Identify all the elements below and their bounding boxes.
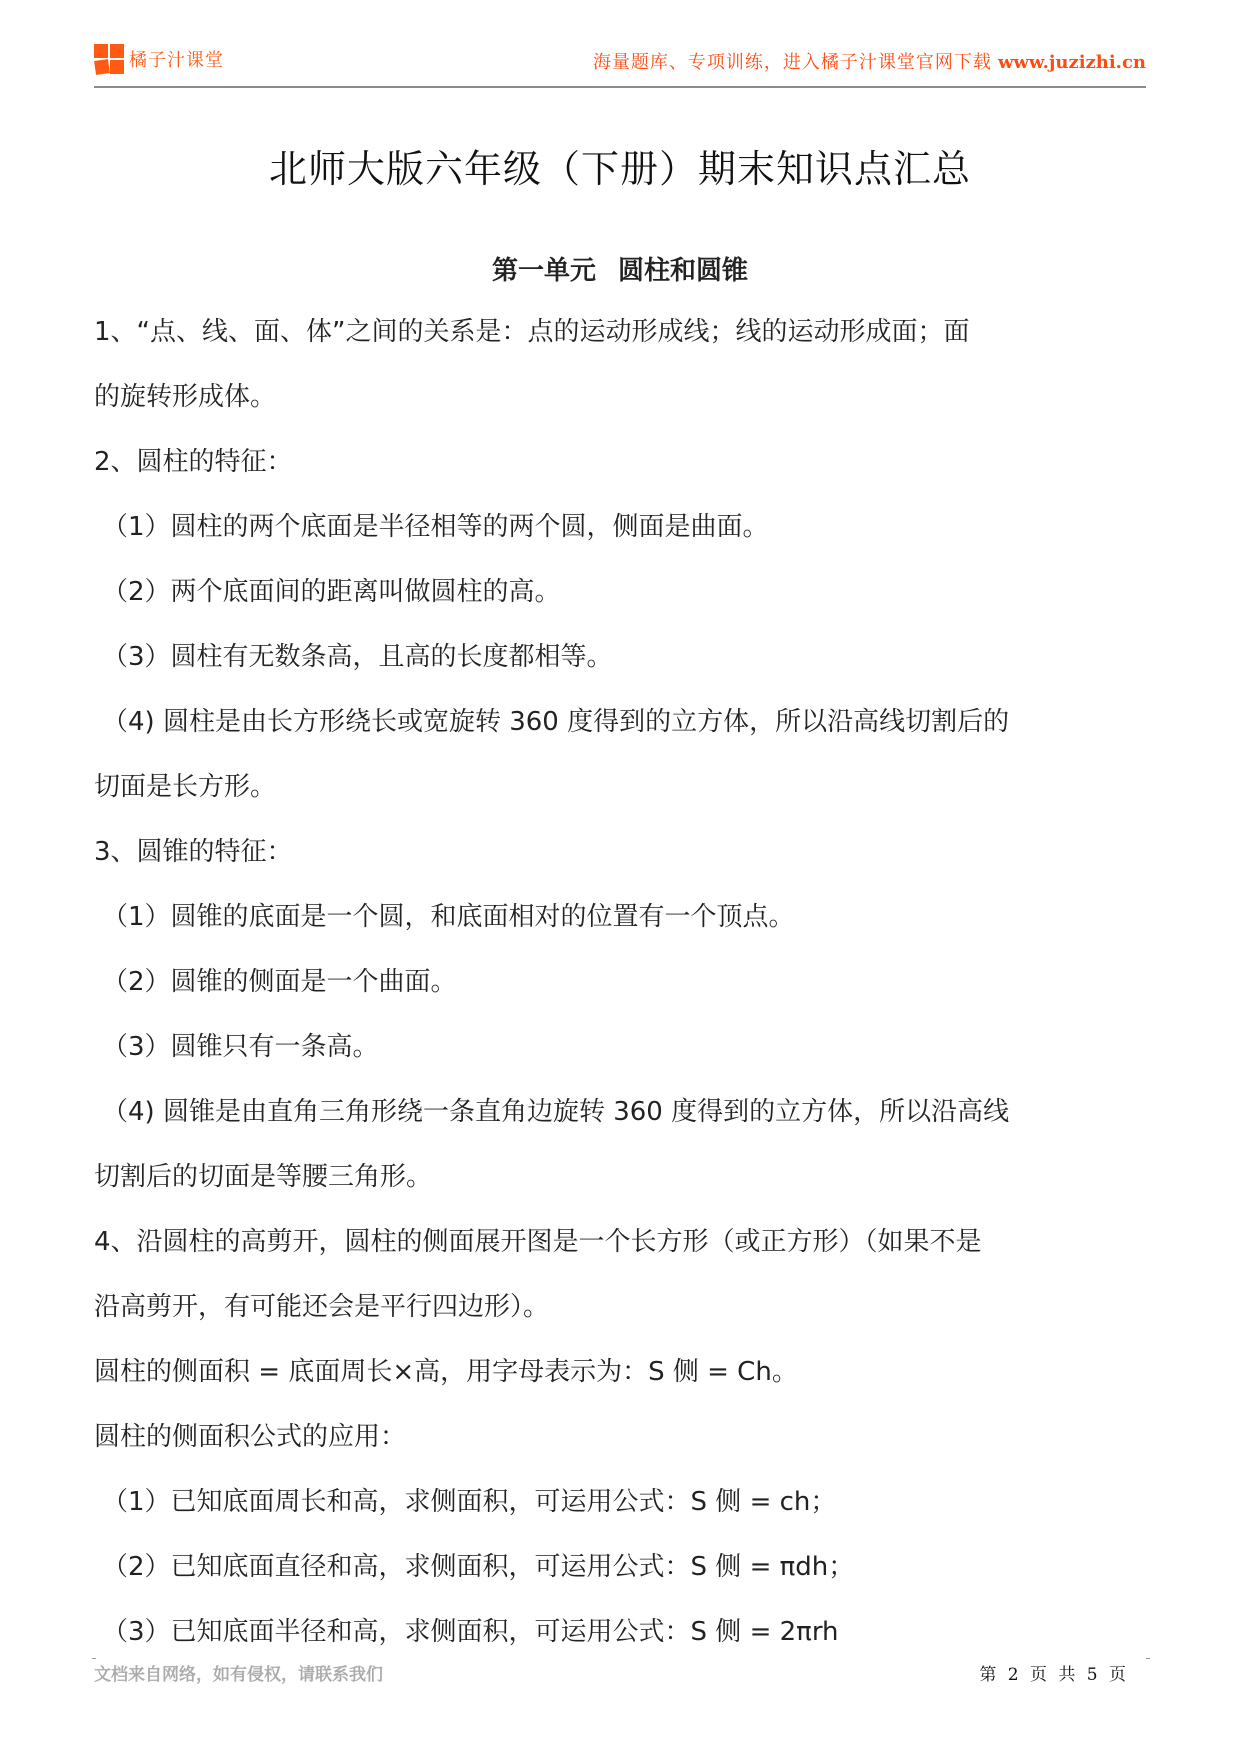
paragraph-line: 沿高剪开，有可能还会是平行四边形）。 bbox=[94, 1285, 1146, 1350]
page-suffix: 页 bbox=[1109, 1665, 1126, 1685]
page-number: 第 2 页 共 5 页 bbox=[979, 1660, 1126, 1685]
page-prefix: 第 bbox=[979, 1665, 996, 1685]
paragraph-line: （4) 圆锥是由直角三角形绕一条直角边旋转 360 度得到的立方体，所以沿高线 bbox=[94, 1090, 1146, 1155]
document-body: 1、“点、线、面、体”之间的关系是：点的运动形成线；线的运动形成面；面 的旋转形… bbox=[94, 310, 1146, 1675]
section-heading: 第一单元圆柱和圆锥 bbox=[0, 250, 1240, 287]
document-title: 北师大版六年级（下册）期末知识点汇总 bbox=[0, 138, 1240, 193]
paragraph-line: （2）两个底面间的距离叫做圆柱的高。 bbox=[94, 570, 1146, 635]
paragraph-line: （3）圆柱有无数条高，且高的长度都相等。 bbox=[94, 635, 1146, 700]
brand-logo: 橘子汁课堂 bbox=[94, 44, 224, 74]
paragraph-line: （3）圆锥只有一条高。 bbox=[94, 1025, 1146, 1090]
page-total: 5 bbox=[1087, 1665, 1098, 1685]
logo-icon bbox=[94, 44, 124, 74]
site-url[interactable]: www.juzizhi.cn bbox=[998, 52, 1146, 73]
margin-mark bbox=[1146, 1658, 1150, 1659]
paragraph-line: （4) 圆柱是由长方形绕长或宽旋转 360 度得到的立方体，所以沿高线切割后的 bbox=[94, 700, 1146, 765]
paragraph-line: 的旋转形成体。 bbox=[94, 375, 1146, 440]
paragraph-line: 切面是长方形。 bbox=[94, 765, 1146, 830]
paragraph-line: （2）已知底面直径和高，求侧面积，可运用公式：S 侧 = πdh； bbox=[94, 1545, 1146, 1610]
paragraph-line: 3、圆锥的特征： bbox=[94, 830, 1146, 895]
logo-text: 橘子汁课堂 bbox=[129, 46, 224, 72]
paragraph-line: 1、“点、线、面、体”之间的关系是：点的运动形成线；线的运动形成面；面 bbox=[94, 310, 1146, 375]
paragraph-line: 圆柱的侧面积公式的应用： bbox=[94, 1415, 1146, 1480]
section-unit: 第一单元 bbox=[492, 256, 596, 286]
paragraph-line: 4、沿圆柱的高剪开，圆柱的侧面展开图是一个长方形（或正方形）（如果不是 bbox=[94, 1220, 1146, 1285]
paragraph-line: （1）圆锥的底面是一个圆，和底面相对的位置有一个顶点。 bbox=[94, 895, 1146, 960]
paragraph-line: （2）圆锥的侧面是一个曲面。 bbox=[94, 960, 1146, 1025]
header-slogan: 海量题库、专项训练，进入橘子汁课堂官网下载www.juzizhi.cn bbox=[593, 48, 1146, 74]
footer-disclaimer: 文档来自网络，如有侵权，请联系我们 bbox=[94, 1660, 383, 1685]
margin-mark bbox=[92, 1658, 96, 1659]
paragraph-line: （1）已知底面周长和高，求侧面积，可运用公式：S 侧 = ch； bbox=[94, 1480, 1146, 1545]
page-mid: 页 共 bbox=[1030, 1665, 1075, 1685]
paragraph-line: 2、圆柱的特征： bbox=[94, 440, 1146, 505]
paragraph-line: （1）圆柱的两个底面是半径相等的两个圆，侧面是曲面。 bbox=[94, 505, 1146, 570]
paragraph-line: 切割后的切面是等腰三角形。 bbox=[94, 1155, 1146, 1220]
paragraph-line: 圆柱的侧面积 = 底面周长×高，用字母表示为：S 侧 = Ch。 bbox=[94, 1350, 1146, 1415]
section-name: 圆柱和圆锥 bbox=[618, 256, 748, 286]
page-header: 橘子汁课堂 海量题库、专项训练，进入橘子汁课堂官网下载www.juzizhi.c… bbox=[94, 40, 1146, 88]
page-current: 2 bbox=[1008, 1665, 1019, 1685]
slogan-text: 海量题库、专项训练，进入橘子汁课堂官网下载 bbox=[593, 52, 992, 73]
